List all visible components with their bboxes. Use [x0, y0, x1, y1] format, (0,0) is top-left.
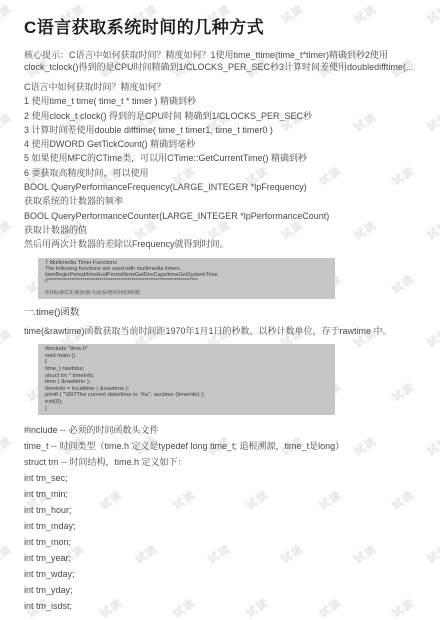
intro-summary: 核心提示：C语言中如何获取时间？精度如何？1使用time_ttime(time_… — [24, 50, 428, 73]
code-block-multimedia-timers: 7 Multimedia Timer Functions The followi… — [38, 258, 335, 299]
paragraph: int tm_mday; — [24, 521, 428, 531]
paragraph: int tm_mon; — [24, 537, 428, 547]
code-line: struct tm * timeinfo; — [45, 373, 328, 380]
section-heading-time-function: 一.time()函数 — [24, 308, 428, 318]
paragraph: int tm_yday; — [24, 585, 428, 595]
code-line: time ( &rawtime ); — [45, 379, 328, 386]
code-block-time-example: #include "time.h" void main () { time_t … — [38, 344, 335, 415]
paragraph: 获取计数器的值 — [24, 226, 428, 236]
paragraph: BOOL QueryPerformanceCounter(LARGE_INTEG… — [24, 212, 428, 222]
paragraph: BOOL QueryPerformanceFrequency(LARGE_INT… — [24, 183, 428, 193]
code-line: } — [45, 406, 328, 413]
paragraph: int tm_sec; — [24, 473, 428, 483]
paragraph: int tm_min; — [24, 489, 428, 499]
document-page: C语言获取系统时间的几种方式 核心提示：C语言中如何获取时间？精度如何？1使用t… — [0, 0, 440, 611]
paragraph: C语言中如何获取时间？精度如何？ — [24, 83, 428, 93]
paragraph: 6 要获取高精度时间，可以使用 — [24, 169, 428, 179]
paragraph: time_t -- 时间类型（time.h 定义是typedef long ti… — [24, 441, 428, 451]
paragraph: 4 使用DWORD GetTickCount() 精确到毫秒 — [24, 140, 428, 150]
code-line: time_t rawtime; — [45, 366, 328, 373]
paragraph: int tm_wday; — [24, 569, 428, 579]
code-line: //用标准C实现获取当前系统时间的函数 — [45, 290, 328, 296]
code-line: { — [45, 359, 328, 366]
paragraph: #include -- 必须的时间函数头文件 — [24, 425, 428, 435]
paragraph: int tm_isdst; — [24, 601, 428, 611]
page-title: C语言获取系统时间的几种方式 — [24, 13, 428, 38]
paragraph: int tm_year; — [24, 553, 428, 563]
paragraph: 5 如果使用MFC的CTime类，可以用CTime::GetCurrentTim… — [24, 154, 428, 164]
paragraph: struct tm -- 时间结构，time.h 定义如下： — [24, 457, 428, 467]
paragraph: 然后用两次计数器的差除以Frequency就得到时间。 — [24, 240, 428, 250]
paragraph: 1 使用time_t time( time_t * timer ) 精确到秒 — [24, 97, 428, 107]
paragraph: 3 计算时间差使用double difftime( time_t timer1,… — [24, 126, 428, 136]
code-line: #include "time.h" — [45, 346, 328, 353]
bottom-paragraphs: #include -- 必须的时间函数头文件 time_t -- 时间类型（ti… — [24, 425, 428, 611]
code-line: void main () — [45, 353, 328, 360]
paragraph: 获取系统的计数器的频率 — [24, 197, 428, 207]
paragraph: int tm_hour; — [24, 505, 428, 515]
paragraph: 2 使用clock_t clock() 得到的是CPU时间 精确到1/CLOCK… — [24, 112, 428, 122]
code-line: printf ( "\007The current date/time is: … — [45, 392, 328, 399]
top-paragraphs: C语言中如何获取时间？精度如何？ 1 使用time_t time( time_t… — [24, 83, 428, 250]
code-line: timeinfo = localtime ( &rawtime ); — [45, 386, 328, 393]
code-line: exit(0); — [45, 399, 328, 406]
section-description: time(&rawtime)函数获取当前时间距1970年1月1日的秒数，以秒计数… — [24, 327, 428, 337]
